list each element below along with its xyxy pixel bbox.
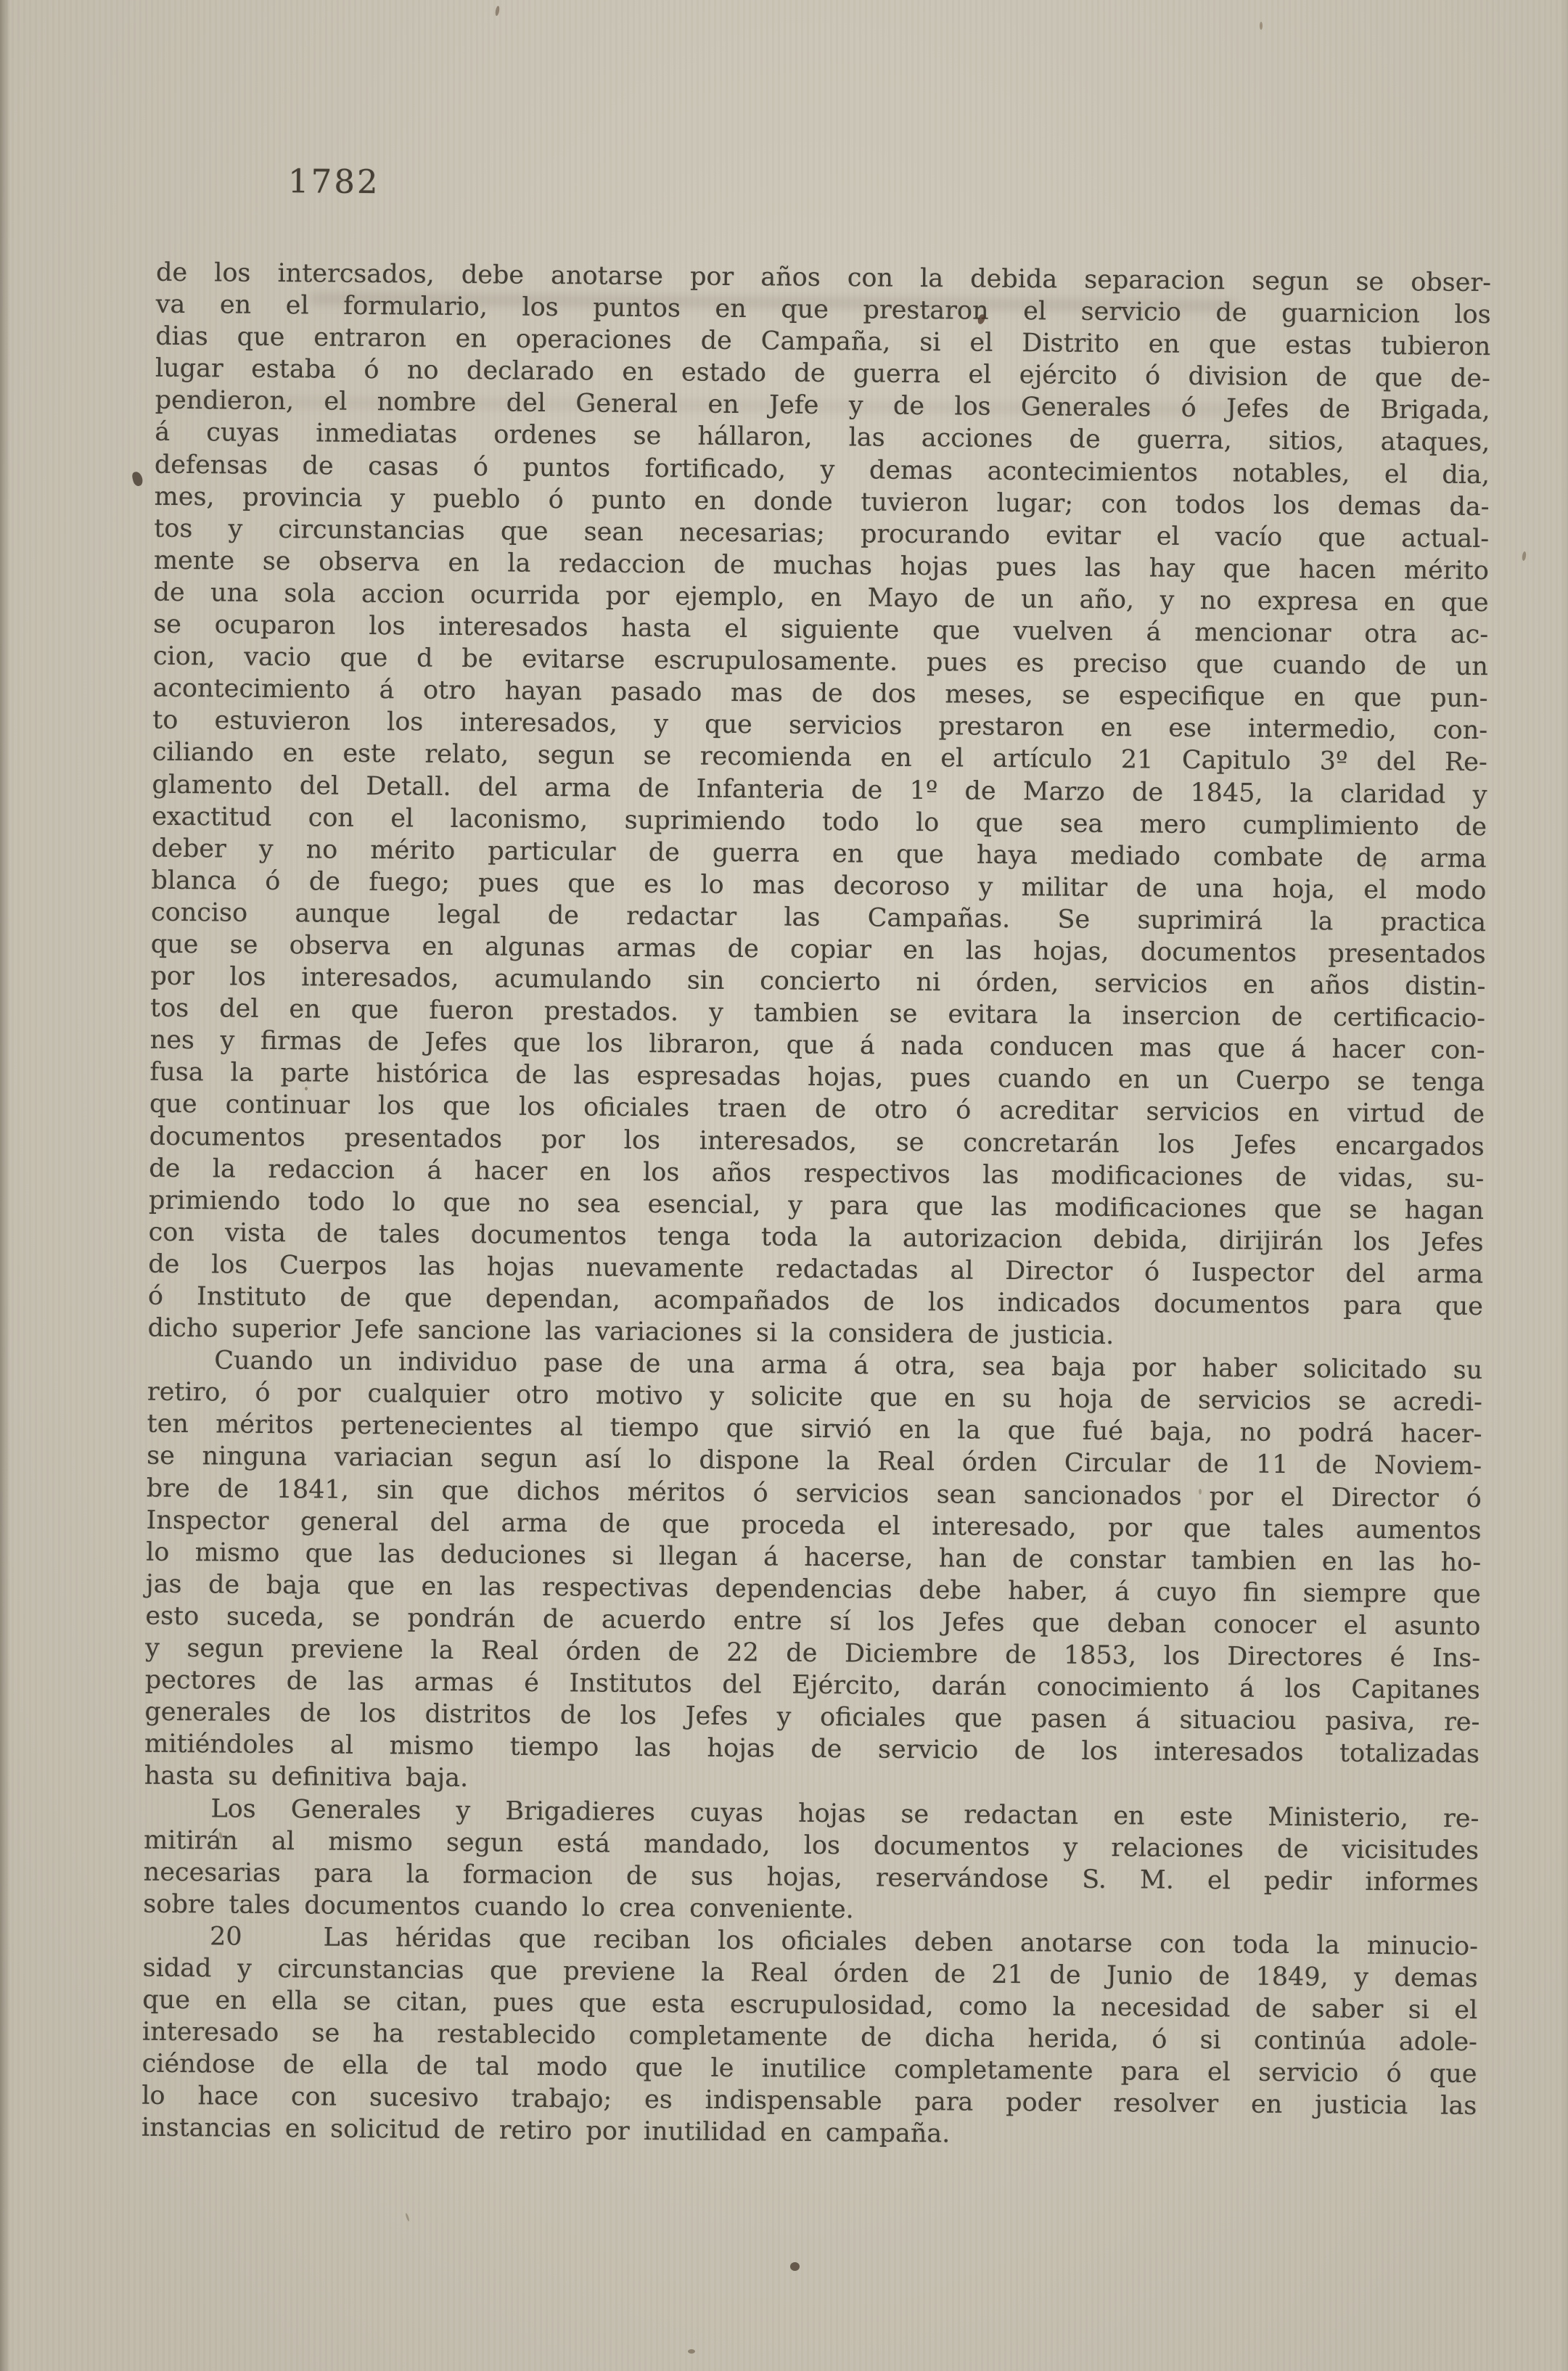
ink-speck (1260, 22, 1263, 30)
page-content: 1782 de los intercsados, debe anotarse p… (0, 0, 1568, 12)
ink-mark (131, 471, 144, 488)
paragraph-1: de los intercsados, debe anotarse por añ… (147, 257, 1491, 1355)
paragraph-3: Los Generales y Brigadieres cuyas hojas … (143, 1792, 1479, 1931)
paragraph-2-lines: Cuando un individuo pase de una arma á o… (144, 1344, 1482, 1771)
ink-speck (1522, 551, 1527, 562)
ink-speck (790, 2262, 800, 2271)
ink-speck (688, 2349, 695, 2354)
ink-speck (1199, 1489, 1202, 1495)
paragraph-3-lines: Los Generales y Brigadieres cuyas hojas … (144, 1792, 1479, 1899)
page-number: 1782 (288, 162, 380, 201)
paragraph-2: Cuando un individuo pase de una arma á o… (144, 1344, 1483, 1803)
paragraph-4: 20 Las héridas que reciban los oficiales… (141, 1920, 1478, 2155)
ink-speck (495, 6, 500, 17)
body-text: de los intercsados, debe anotarse por añ… (141, 257, 1491, 2155)
paragraph-1-lines: de los intercsados, debe anotarse por añ… (148, 257, 1491, 1323)
ink-speck (405, 2213, 410, 2222)
scanned-page: 1782 de los intercsados, debe anotarse p… (0, 0, 1568, 2371)
paragraph-4-lines: 20 Las héridas que reciban los oficiales… (141, 1920, 1478, 2123)
ink-speck (305, 1087, 308, 1090)
